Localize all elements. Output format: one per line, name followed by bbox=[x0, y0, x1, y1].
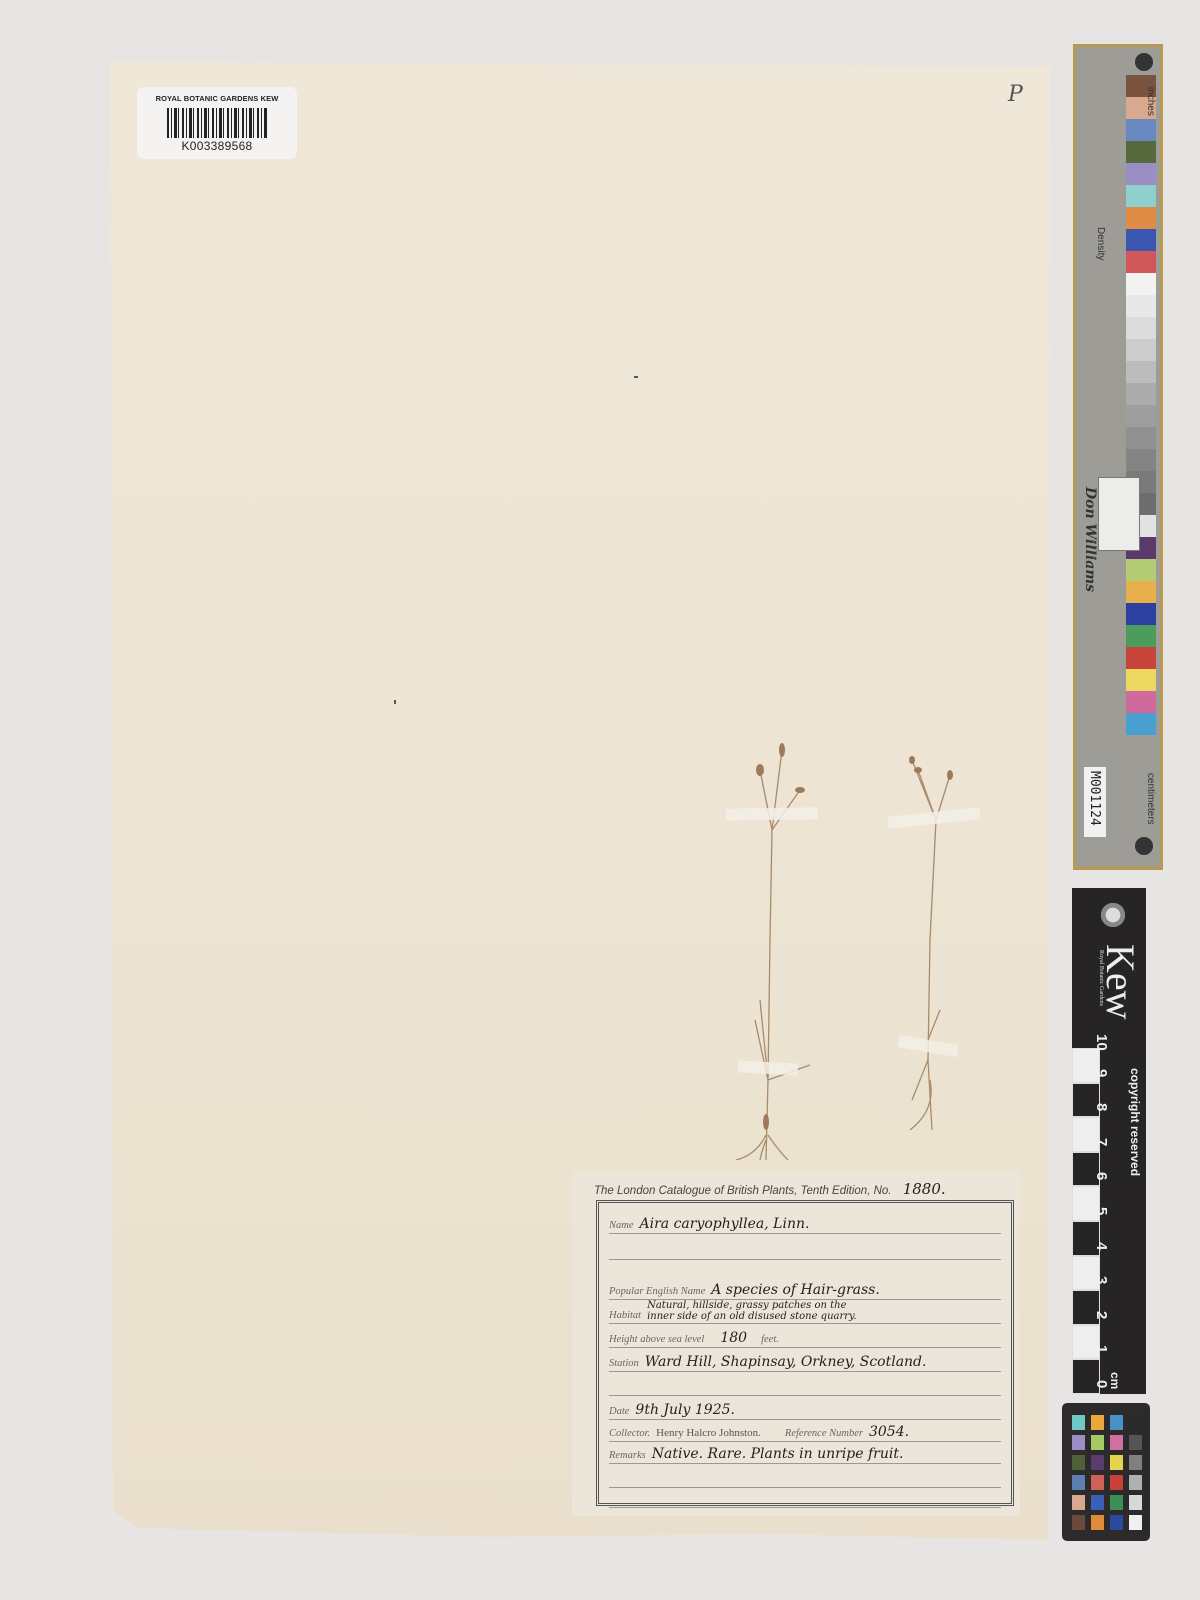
station-value: Ward Hill, Shapinsay, Orkney, Scotland. bbox=[645, 1354, 927, 1370]
color-patch bbox=[1126, 317, 1156, 339]
ruler-tag: M001124 bbox=[1084, 767, 1106, 837]
color-patch bbox=[1126, 185, 1156, 207]
catalogue-number: 1880. bbox=[903, 1180, 946, 1198]
checker-cell bbox=[1110, 1435, 1123, 1450]
checker-cell bbox=[1091, 1475, 1104, 1490]
color-patch bbox=[1126, 449, 1156, 471]
checker-cell bbox=[1110, 1475, 1123, 1490]
color-density-ruler: inches centimeters Density Don Williams … bbox=[1073, 44, 1163, 870]
blank-row bbox=[609, 1485, 1001, 1508]
scale-segment bbox=[1072, 1083, 1100, 1118]
height-unit: feet. bbox=[761, 1334, 779, 1345]
color-patch bbox=[1126, 141, 1156, 163]
name-row: Name Aira caryophyllea, Linn. bbox=[609, 1211, 1001, 1234]
color-patch bbox=[1126, 647, 1156, 669]
corner-mark: P bbox=[1008, 82, 1023, 107]
scale-number: 5 bbox=[1093, 1207, 1110, 1215]
date-value: 9th July 1925. bbox=[635, 1402, 735, 1418]
scale-number: 4 bbox=[1093, 1242, 1110, 1250]
blank-row bbox=[609, 1237, 1001, 1260]
label-header: The London Catalogue of British Plants, … bbox=[594, 1180, 946, 1198]
barcode-number: K003389568 bbox=[181, 139, 252, 153]
checker-cell bbox=[1091, 1415, 1104, 1430]
punch-hole-icon bbox=[1135, 837, 1153, 855]
color-patch bbox=[1126, 691, 1156, 713]
remarks-row: Remarks Native. Rare. Plants in unripe f… bbox=[609, 1441, 1001, 1464]
color-patch bbox=[1126, 559, 1156, 581]
checker-cell bbox=[1072, 1515, 1085, 1530]
checker-cell bbox=[1072, 1415, 1085, 1430]
habitat-value-line2: inner side of an old disused stone quarr… bbox=[647, 1312, 856, 1322]
checker-cell bbox=[1110, 1455, 1123, 1470]
checker-cell bbox=[1072, 1435, 1085, 1450]
checker-cell bbox=[1129, 1495, 1142, 1510]
units-inches: inches bbox=[1145, 87, 1156, 116]
scale-segment bbox=[1072, 1221, 1100, 1256]
units-centimeters: centimeters bbox=[1145, 773, 1156, 825]
checker-cell bbox=[1091, 1455, 1104, 1470]
reference-value: 3054. bbox=[869, 1424, 909, 1440]
catalogue-title: The London Catalogue of British Plants, … bbox=[594, 1185, 891, 1197]
color-patch bbox=[1126, 427, 1156, 449]
habitat-value-line1: Natural, hillside, grassy patches on the bbox=[647, 1301, 856, 1311]
color-patch bbox=[1126, 625, 1156, 647]
ruler-brand: Don Williams bbox=[1082, 487, 1098, 592]
barcode-icon bbox=[167, 108, 267, 138]
color-patch bbox=[1126, 251, 1156, 273]
color-patch bbox=[1126, 603, 1156, 625]
color-patch bbox=[1126, 229, 1156, 251]
checker-cell bbox=[1072, 1495, 1085, 1510]
plant-specimen bbox=[700, 740, 1020, 1160]
scale-number: 3 bbox=[1093, 1276, 1110, 1284]
checker-cell bbox=[1072, 1455, 1085, 1470]
color-patch bbox=[1126, 669, 1156, 691]
name-value: Aira caryophyllea, Linn. bbox=[640, 1216, 810, 1232]
copyright-text: copyright reserved bbox=[1128, 1068, 1142, 1176]
scale-segment bbox=[1072, 1256, 1100, 1291]
scale-segment bbox=[1072, 1186, 1100, 1221]
checker-cell bbox=[1110, 1515, 1123, 1530]
checker-cell bbox=[1110, 1495, 1123, 1510]
scale-unit: cm bbox=[1108, 1372, 1122, 1389]
color-patch bbox=[1126, 339, 1156, 361]
date-row: Date 9th July 1925. bbox=[609, 1397, 1001, 1420]
checker-cell bbox=[1129, 1515, 1142, 1530]
scale-segment bbox=[1072, 1117, 1100, 1152]
checker-cell bbox=[1091, 1495, 1104, 1510]
kew-crest-icon bbox=[1096, 898, 1130, 932]
collector-label: Collector. bbox=[609, 1428, 650, 1439]
color-patch bbox=[1126, 119, 1156, 141]
station-row: Station Ward Hill, Shapinsay, Orkney, Sc… bbox=[609, 1349, 1001, 1372]
height-label: Height above sea level bbox=[609, 1334, 704, 1345]
sheet-speck bbox=[634, 376, 638, 378]
scale-number: 9 bbox=[1093, 1069, 1110, 1077]
color-patch bbox=[1126, 273, 1156, 295]
color-patch bbox=[1126, 713, 1156, 735]
station-label: Station bbox=[609, 1358, 639, 1369]
label-frame: Name Aira caryophyllea, Linn. Popular En… bbox=[596, 1200, 1014, 1506]
habitat-label: Habitat bbox=[609, 1310, 641, 1321]
collector-row: Collector. Henry Halcro Johnston. Refere… bbox=[609, 1419, 1001, 1442]
color-patch bbox=[1126, 295, 1156, 317]
popular-name-label: Popular English Name bbox=[609, 1286, 705, 1297]
grass-specimen-icon bbox=[700, 740, 1020, 1160]
density-label: Density bbox=[1095, 227, 1106, 260]
color-patch bbox=[1126, 361, 1156, 383]
scale-segment bbox=[1072, 1152, 1100, 1187]
collector-value: Henry Halcro Johnston. bbox=[656, 1427, 761, 1439]
scale-number: 8 bbox=[1093, 1103, 1110, 1111]
height-row: Height above sea level 180 feet. bbox=[609, 1325, 1001, 1348]
color-patches bbox=[1126, 75, 1156, 735]
kew-logo: Kew bbox=[1097, 944, 1144, 1020]
habitat-row: Habitat Natural, hillside, grassy patche… bbox=[609, 1299, 1001, 1324]
checker-cell bbox=[1110, 1415, 1123, 1430]
ruler-tag-text: M001124 bbox=[1087, 771, 1102, 826]
scale-number: 7 bbox=[1093, 1138, 1110, 1146]
barcode-label: ROYAL BOTANIC GARDENS KEW K003389568 bbox=[137, 87, 297, 159]
kew-scale-bar: Royal Botanic Gardens Kew 012345678910 c… bbox=[1072, 888, 1146, 1394]
scale-segment bbox=[1072, 1290, 1100, 1325]
scale-segment bbox=[1072, 1325, 1100, 1360]
scale-segments bbox=[1072, 1048, 1102, 1394]
punch-hole-icon bbox=[1135, 53, 1153, 71]
color-patch bbox=[1126, 383, 1156, 405]
checker-cell bbox=[1072, 1475, 1085, 1490]
specimen-label: The London Catalogue of British Plants, … bbox=[572, 1172, 1020, 1516]
height-value: 180 bbox=[720, 1330, 747, 1346]
checker-cell bbox=[1129, 1415, 1142, 1430]
scale-segment bbox=[1072, 1359, 1100, 1394]
color-checker-grid bbox=[1072, 1415, 1142, 1530]
date-label: Date bbox=[609, 1406, 629, 1417]
color-checker-card bbox=[1062, 1403, 1150, 1541]
checker-cell bbox=[1129, 1455, 1142, 1470]
remarks-value: Native. Rare. Plants in unripe fruit. bbox=[652, 1446, 904, 1462]
remarks-label: Remarks bbox=[609, 1450, 646, 1461]
reference-label: Reference Number bbox=[785, 1428, 863, 1439]
name-label: Name bbox=[609, 1220, 634, 1231]
checker-cell bbox=[1091, 1515, 1104, 1530]
scale-number: 2 bbox=[1093, 1311, 1110, 1319]
scale-number: 10 bbox=[1093, 1034, 1110, 1051]
color-patch bbox=[1126, 207, 1156, 229]
color-patch bbox=[1126, 405, 1156, 427]
blank-row bbox=[609, 1373, 1001, 1396]
checker-cell bbox=[1129, 1435, 1142, 1450]
scale-number: 1 bbox=[1093, 1345, 1110, 1353]
institution-name: ROYAL BOTANIC GARDENS KEW bbox=[156, 94, 279, 103]
scale-segment bbox=[1072, 1048, 1100, 1083]
color-patch bbox=[1126, 163, 1156, 185]
popular-name-value: A species of Hair-grass. bbox=[711, 1282, 880, 1298]
scale-number: 6 bbox=[1093, 1172, 1110, 1180]
resolution-target bbox=[1098, 477, 1140, 551]
checker-cell bbox=[1129, 1475, 1142, 1490]
color-patch bbox=[1126, 581, 1156, 603]
checker-cell bbox=[1091, 1435, 1104, 1450]
sheet-speck bbox=[394, 700, 396, 704]
popular-name-row: Popular English Name A species of Hair-g… bbox=[609, 1277, 1001, 1300]
